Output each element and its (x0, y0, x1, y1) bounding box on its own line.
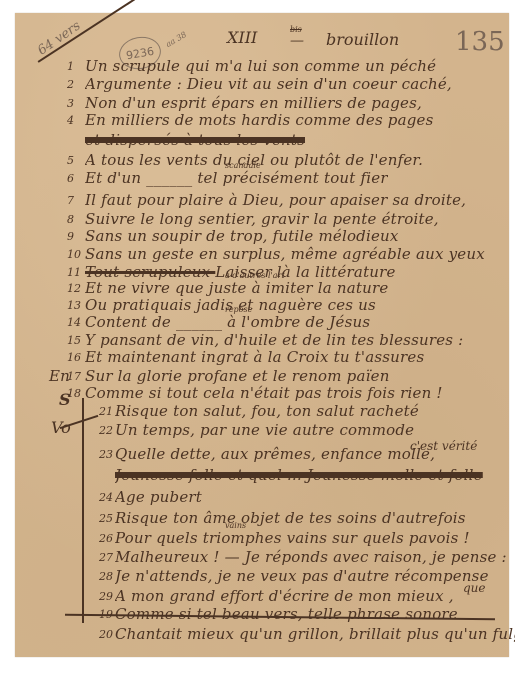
line-number: 23 (99, 448, 113, 461)
line-number: 11 (67, 266, 81, 279)
line-number: 20 (99, 628, 113, 641)
insert-mark: S (59, 390, 71, 409)
verse-text: Argumente : Dieu vit au sein d'un coeur … (85, 75, 452, 93)
verse-text: Sans un soupir de trop, futile mélodieux (85, 227, 399, 245)
line-number: 14 (67, 316, 81, 329)
verse-text-content: Chantait mieux qu'un grillon, brillait p… (115, 625, 515, 643)
verse-text-content: Quelle dette, aux prêmes, enfance molle, (115, 445, 435, 463)
interlinear-correction: repose (225, 305, 252, 314)
insertion-bracket-line (82, 398, 84, 623)
verse-text: Jeunesse folle et quel ... Jeunesse moll… (115, 466, 483, 484)
verse-text: Je n'attends, je ne veux pas d'autre réc… (115, 567, 489, 585)
verse-text: Sur la glorie profane et le renom païen (85, 367, 390, 385)
verse-text: Il faut pour plaire à Dieu, pour apaiser… (85, 191, 466, 209)
verse-text-content: Malheureux ! — Je réponds avec raison, j… (115, 548, 507, 566)
verse-text: Risque ton âme objet de tes soins d'autr… (115, 509, 466, 527)
verse-text: Et maintenant ingrat à la Croix tu t'ass… (85, 348, 424, 366)
title-dash: — (290, 33, 304, 49)
verse-text: Comme si tout cela n'était pas trois foi… (85, 384, 443, 402)
line-number: 10 (67, 248, 81, 261)
verse-text-content: Il faut pour plaire à Dieu, pour apaiser… (85, 191, 466, 209)
manuscript-page: 64 vers 9236 aa 38 XIII bis — brouillon … (15, 13, 509, 657)
line-number: 6 (67, 172, 74, 185)
page-title: brouillon (326, 30, 399, 49)
line-number: 15 (67, 334, 81, 347)
verse-text: et dispersés à tous les vents (85, 131, 305, 149)
line-number: 5 (67, 154, 74, 167)
verse-text-content: Un scrupule qui m'a lui son comme un péc… (85, 57, 436, 75)
verse-text-content: Un temps, par une vie autre commode (115, 421, 414, 439)
line-number: 28 (99, 570, 113, 583)
line-number: 16 (67, 351, 81, 364)
poem-number: XIII (227, 28, 257, 47)
folio-number: 135 (455, 27, 505, 57)
verse-text-content: Content de ______ à l'ombre de Jésus (85, 313, 370, 331)
verse-text: Et d'un ______ tel précisément tout fier (85, 169, 388, 187)
verse-text: Suivre le long sentier, gravir la pente … (85, 210, 439, 228)
line-number: 1 (67, 60, 74, 73)
verse-text-content: Sans un geste en surplus, même agréable … (85, 245, 485, 263)
verse-text-content: Pour quels triomphes vains sur quels pav… (115, 529, 470, 547)
verse-text-content: Comme si tout cela n'était pas trois foi… (85, 384, 443, 402)
line-number: 8 (67, 213, 74, 226)
verse-text: Et ne vivre que juste à imiter la nature (85, 279, 388, 297)
verse-text: A mon grand effort d'écrire de mon mieux… (115, 587, 454, 605)
verse-text-content: Y pansant de vin, d'huile et de lin tes … (85, 331, 463, 349)
verse-text: Sans un geste en surplus, même agréable … (85, 245, 485, 263)
verse-text-content: Age pubert (115, 488, 202, 506)
verse-text: Malheureux ! — Je réponds avec raison, j… (115, 548, 507, 566)
verse-text: Un temps, par une vie autre commode (115, 421, 414, 439)
verse-text-content: Et ne vivre que juste à imiter la nature (85, 279, 388, 297)
verse-text: Non d'un esprit épars en milliers de pag… (85, 94, 422, 112)
line-number: 25 (99, 512, 113, 525)
verse-text: Quelle dette, aux prêmes, enfance molle, (115, 445, 435, 463)
verse-text: En milliers de mots hardis comme des pag… (85, 111, 434, 129)
line-number: 4 (67, 114, 74, 127)
line-number: 2 (67, 78, 74, 91)
verse-text-content: Sur la glorie profane et le renom païen (85, 367, 390, 385)
stamp-note: aa 38 (164, 30, 188, 49)
interlinear-correction: scandale (225, 161, 261, 170)
verse-text: Un scrupule qui m'a lui son comme un péc… (85, 57, 436, 75)
line-number: 9 (67, 230, 74, 243)
line-number: 7 (67, 194, 74, 207)
verse-text-content: En milliers de mots hardis comme des pag… (85, 111, 434, 129)
verse-text-content: Suivre le long sentier, gravir la pente … (85, 210, 439, 228)
line-number: 29 (99, 590, 113, 603)
verse-text-content: Argumente : Dieu vit au sein d'un coeur … (85, 75, 452, 93)
verse-text: Pour quels triomphes vains sur quels pav… (115, 529, 470, 547)
marginal-addition: que (463, 581, 486, 595)
verse-text-content: A mon grand effort d'écrire de mon mieux… (115, 587, 454, 605)
verse-text: Content de ______ à l'ombre de Jésus (85, 313, 370, 331)
line-number: 13 (67, 299, 81, 312)
margin-word: En (49, 367, 70, 385)
verse-text-content: Non d'un esprit épars en milliers de pag… (85, 94, 422, 112)
verse-text-content: Jeunesse folle et quel ... Jeunesse moll… (115, 466, 483, 484)
verse-text: Age pubert (115, 488, 202, 506)
line-number: 24 (99, 491, 113, 504)
marginal-addition: c'est vérité (410, 439, 477, 453)
line-number: 12 (67, 282, 81, 295)
verse-text-content: Je n'attends, je ne veux pas d'autre réc… (115, 567, 489, 585)
verse-text: Y pansant de vin, d'huile et de lin tes … (85, 331, 463, 349)
line-number: 22 (99, 424, 113, 437)
verse-text-content: et dispersés à tous les vents (85, 131, 305, 149)
verse-text-content: Et d'un ______ tel précisément tout fier (85, 169, 388, 187)
verse-text-content: Risque ton salut, fou, ton salut racheté (115, 402, 419, 420)
verse-text-content: Et maintenant ingrat à la Croix tu t'ass… (85, 348, 424, 366)
verse-text: Chantait mieux qu'un grillon, brillait p… (115, 625, 515, 643)
line-number: 26 (99, 532, 113, 545)
verse-text: Risque ton salut, fou, ton salut racheté (115, 402, 419, 420)
line-number: 21 (99, 405, 113, 418)
interlinear-correction: vains (225, 521, 246, 530)
interlinear-correction: à d'autres l'art (225, 271, 285, 280)
verse-text-content: Sans un soupir de trop, futile mélodieux (85, 227, 399, 245)
line-number: 27 (99, 551, 113, 564)
line-number: 3 (67, 97, 74, 110)
verse-count-note: 64 vers (35, 18, 83, 58)
verse-text-content: Risque ton âme objet de tes soins d'autr… (115, 509, 466, 527)
